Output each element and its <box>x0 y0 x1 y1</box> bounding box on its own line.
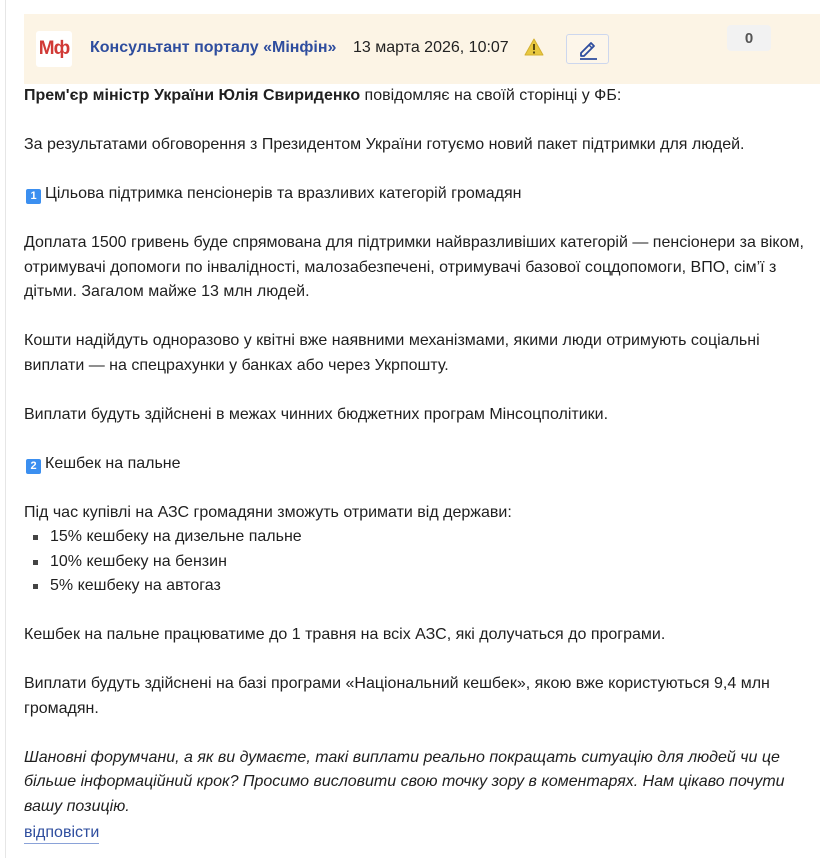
intro-paragraph: Прем'єр міністр України Юлія Свириденко … <box>24 84 820 109</box>
paragraph-4: Виплати будуть здійснені в межах чинних … <box>24 403 820 428</box>
post-header: Мф Консультант порталу «Мінфін» 13 марта… <box>24 14 820 84</box>
reply-link[interactable]: відповісти <box>24 823 99 844</box>
section-1-title: Цільова підтримка пенсіонерів та вразлив… <box>45 185 521 202</box>
author-logo: Мф <box>36 31 72 67</box>
paragraph-6: Кешбек на пальне працюватиме до 1 травня… <box>24 623 820 648</box>
post-date: 13 марта 2026, 10:07 <box>353 39 509 57</box>
keycap-two-icon: 2 <box>26 459 41 474</box>
warning-triangle-icon[interactable] <box>524 37 544 57</box>
rating-counter[interactable]: 0 <box>727 25 771 51</box>
author-name[interactable]: Консультант порталу «Мінфін» <box>90 39 336 57</box>
left-border <box>5 0 6 858</box>
list-item: 15% кешбеку на дизельне пальне <box>24 525 820 550</box>
keycap-one-icon: 1 <box>26 189 41 204</box>
section-2-heading: 2Кешбек на пальне <box>24 452 820 477</box>
paragraph-7: Виплати будуть здійснені на базі програм… <box>24 672 820 721</box>
closing-question: Шановні форумчани, а як ви думаєте, такі… <box>24 746 820 820</box>
paragraph-3: Кошти надійдуть одноразово у квітні вже … <box>24 329 820 378</box>
cashback-list: 15% кешбеку на дизельне пальне 10% кешбе… <box>24 525 820 599</box>
pencil-icon <box>577 38 599 60</box>
list-item: 10% кешбеку на бензин <box>24 550 820 575</box>
list-item: 5% кешбеку на автогаз <box>24 574 820 599</box>
section-1-heading: 1Цільова підтримка пенсіонерів та вразли… <box>24 182 820 207</box>
paragraph-2: Доплата 1500 гривень буде спрямована для… <box>24 231 820 305</box>
intro-rest: повідомляє на своїй сторінці у ФБ: <box>360 87 621 104</box>
intro-bold: Прем'єр міністр України Юлія Свириденко <box>24 87 360 104</box>
edit-button[interactable] <box>566 34 609 64</box>
section-2-title: Кешбек на пальне <box>45 455 181 472</box>
post-body: Прем'єр міністр України Юлія Свириденко … <box>24 84 820 846</box>
paragraph-5: Під час купівлі на АЗС громадяни зможуть… <box>24 501 820 526</box>
paragraph-1: За результатами обговорення з Президенто… <box>24 133 820 158</box>
